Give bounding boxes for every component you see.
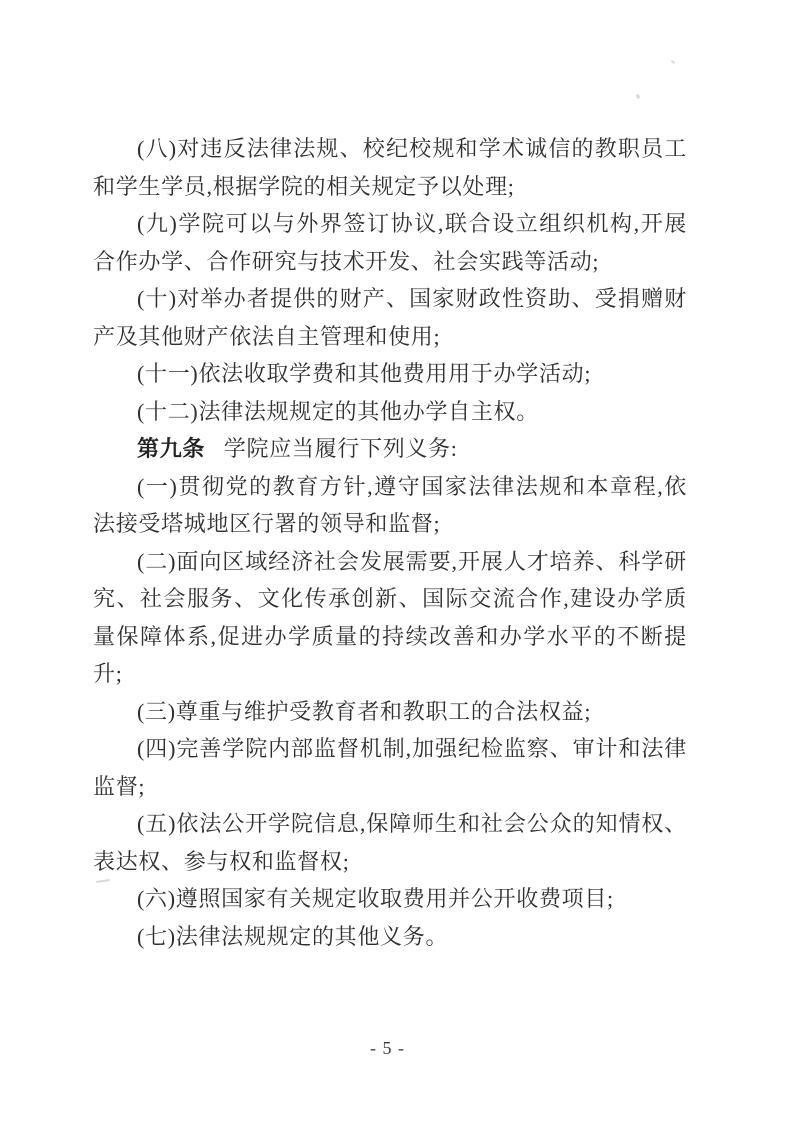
paragraph-item-10: (十)对举办者提供的财产、国家财政性资助、受捐赠财产及其他财产依法自主管理和使用… — [93, 280, 687, 355]
article-9-heading: 第九条 — [137, 436, 205, 461]
scan-speck-icon — [671, 60, 675, 64]
document-page: (八)对违反法律法规、校纪校规和学术诚信的教职员工和学生学员,根据学院的相关规定… — [0, 0, 793, 1121]
paragraph-article-9: 第九条学院应当履行下列义务: — [93, 430, 687, 468]
paragraph-duty-3: (三)尊重与维护受教育者和教职工的合法权益; — [93, 693, 687, 731]
paragraph-item-11: (十一)依法收取学费和其他费用用于办学活动; — [93, 355, 687, 393]
paragraph-item-8: (八)对违反法律法规、校纪校规和学术诚信的教职员工和学生学员,根据学院的相关规定… — [93, 130, 687, 205]
paragraph-duty-7: (七)法律法规规定的其他义务。 — [93, 918, 687, 956]
paragraph-duty-6: (六)遵照国家有关规定收取费用并公开收费项目; — [93, 880, 687, 918]
article-9-text: 学院应当履行下列义务: — [224, 436, 458, 461]
page-number: - 5 - — [0, 1038, 775, 1059]
paragraph-item-12: (十二)法律法规规定的其他办学自主权。 — [93, 393, 687, 431]
paragraph-duty-5: (五)依法公开学院信息,保障师生和社会公众的知情权、表达权、参与权和监督权; — [93, 805, 687, 880]
paragraph-duty-2: (二)面向区域经济社会发展需要,开展人才培养、科学研究、社会服务、文化传承创新、… — [93, 543, 687, 693]
document-text-block: (八)对违反法律法规、校纪校规和学术诚信的教职员工和学生学员,根据学院的相关规定… — [93, 130, 687, 955]
scan-speck-icon — [636, 94, 641, 99]
paragraph-duty-4: (四)完善学院内部监督机制,加强纪检监察、审计和法律监督; — [93, 730, 687, 805]
paragraph-duty-1: (一)贯彻党的教育方针,遵守国家法律法规和本章程,依法接受塔城地区行署的领导和监… — [93, 468, 687, 543]
paragraph-item-9: (九)学院可以与外界签订协议,联合设立组织机构,开展合作办学、合作研究与技术开发… — [93, 205, 687, 280]
